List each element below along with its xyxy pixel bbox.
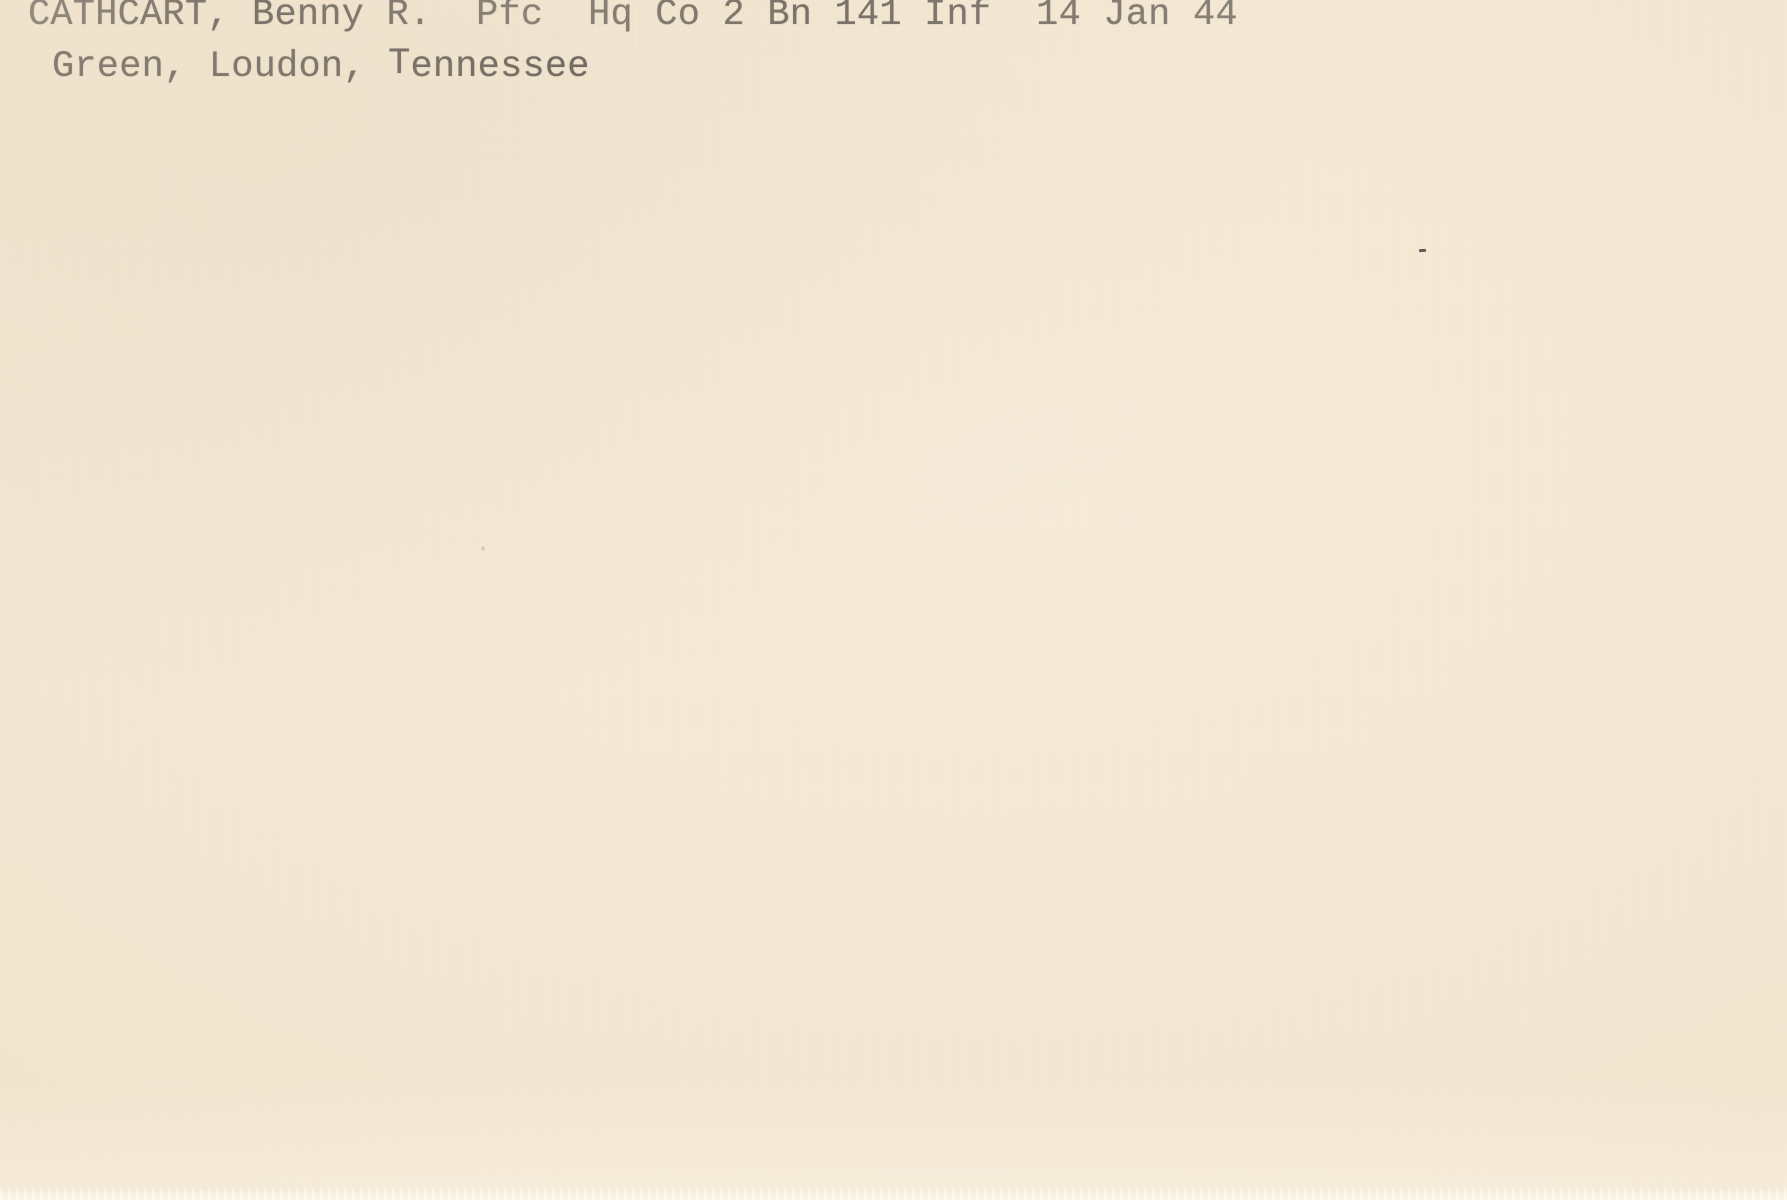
place-state-rest: ennessee: [410, 46, 589, 88]
card-bottom-edge: [0, 1188, 1787, 1200]
place-prefix: Green, Loudon,: [52, 46, 388, 88]
bottom-light-gradient: [0, 1080, 1787, 1200]
index-card-scan: CATHCART, Benny R. Pfc Hq Co 2 Bn 141 In…: [0, 0, 1787, 1200]
paper-smudge: [480, 546, 486, 551]
place-raised-initial: T: [388, 45, 410, 83]
pencil-dash-mark: [1419, 249, 1426, 252]
card-line-place: Green, Loudon, Tennessee: [52, 48, 590, 86]
card-line-name-rank-unit-date: CATHCART, Benny R. Pfc Hq Co 2 Bn 141 In…: [28, 0, 1238, 34]
